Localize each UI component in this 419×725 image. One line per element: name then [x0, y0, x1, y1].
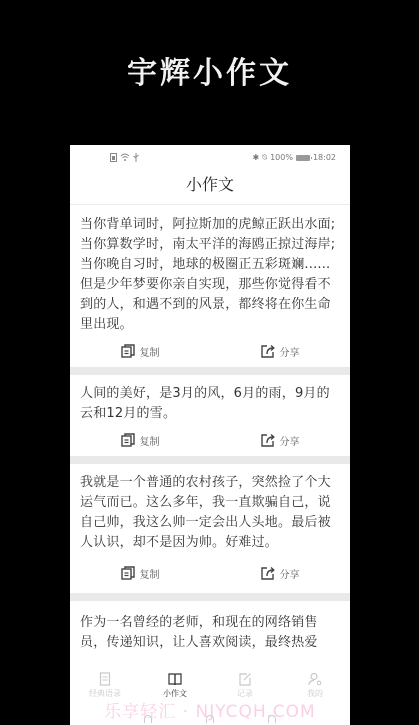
card-actions: 复制 分享: [70, 335, 350, 367]
share-button[interactable]: 分享: [210, 566, 350, 581]
copy-button[interactable]: 复制: [70, 344, 210, 359]
home-icon[interactable]: [206, 715, 214, 723]
sim-icon: [110, 153, 117, 165]
nav-item-profile[interactable]: 我的: [280, 665, 350, 705]
bluetooth-icon: ✱: [253, 153, 260, 163]
page-title: 小作文: [70, 167, 350, 205]
essay-feed[interactable]: 当你背单词时，阿拉斯加的虎鲸正跃出水面;当你算数学时，南太平洋的海鸥正掠过海岸;…: [70, 206, 350, 653]
nav-item-records[interactable]: 记录: [210, 665, 280, 705]
share-icon: [261, 566, 275, 580]
system-nav-bar: [70, 715, 350, 725]
essay-card: 作为一名曾经的老师，和现在的网络销售员，传递知识，让人喜欢阅读，最终热爱: [70, 601, 350, 653]
nav-label: 小作文: [163, 688, 187, 699]
battery-percent: 100%: [270, 153, 293, 163]
copy-icon: [121, 344, 135, 358]
essay-card: 人间的美好，是3月的风，6月的雨，9月的云和12月的雪。 复制 分享: [70, 375, 350, 456]
copy-icon: [121, 566, 135, 580]
bottom-nav: 经典语录 小作文 记录 我的: [70, 665, 350, 705]
edit-icon: [238, 672, 252, 686]
promo-title: 宇辉小作文: [0, 48, 419, 92]
usb-icon: [133, 153, 139, 165]
document-icon: [98, 672, 112, 686]
status-right: ✱ ⍉ 100% 18:02: [253, 153, 336, 163]
share-icon: [261, 433, 275, 447]
status-bar: ✱ ⍉ 100% 18:02: [70, 151, 350, 167]
card-actions: 复制 分享: [70, 424, 350, 456]
copy-icon: [121, 433, 135, 447]
nav-item-classic-quotes[interactable]: 经典语录: [70, 665, 140, 705]
user-icon: [308, 672, 322, 686]
nav-label: 经典语录: [89, 688, 121, 699]
share-label: 分享: [280, 344, 300, 359]
nav-item-essays[interactable]: 小作文: [140, 665, 210, 705]
card-divider: [70, 367, 350, 375]
copy-button[interactable]: 复制: [70, 566, 210, 581]
share-label: 分享: [280, 566, 300, 581]
essay-text: 当你背单词时，阿拉斯加的虎鲸正跃出水面;当你算数学时，南太平洋的海鸥正掠过海岸;…: [70, 206, 350, 335]
copy-label: 复制: [140, 344, 160, 359]
card-divider: [70, 456, 350, 464]
essay-card: 我就是一个普通的农村孩子，突然捡了个大运气而已。这么多年，我一直欺骗自己，说自己…: [70, 464, 350, 593]
copy-label: 复制: [140, 566, 160, 581]
clock: 18:02: [313, 153, 336, 163]
phone-screen: ✱ ⍉ 100% 18:02 小作文 当你背单词时，阿拉斯加的虎鲸正跃出水面;当…: [70, 145, 350, 725]
copy-button[interactable]: 复制: [70, 433, 210, 448]
essay-card: 当你背单词时，阿拉斯加的虎鲸正跃出水面;当你算数学时，南太平洋的海鸥正掠过海岸;…: [70, 206, 350, 367]
battery-icon: [296, 155, 310, 161]
status-left-icons: [110, 153, 139, 165]
back-icon[interactable]: [144, 715, 152, 723]
wifi-icon: [120, 153, 130, 165]
nav-label: 我的: [307, 688, 323, 699]
recents-icon[interactable]: [268, 715, 276, 723]
share-button[interactable]: 分享: [210, 433, 350, 448]
essay-text: 我就是一个普通的农村孩子，突然捡了个大运气而已。这么多年，我一直欺骗自己，说自己…: [70, 464, 350, 553]
nav-label: 记录: [237, 688, 253, 699]
essay-text: 人间的美好，是3月的风，6月的雨，9月的云和12月的雪。: [70, 375, 350, 424]
essay-text: 作为一名曾经的老师，和现在的网络销售员，传递知识，让人喜欢阅读，最终热爱: [70, 601, 350, 653]
share-label: 分享: [280, 433, 300, 448]
copy-label: 复制: [140, 433, 160, 448]
book-icon: [168, 672, 182, 686]
card-divider: [70, 593, 350, 601]
card-actions: 复制 分享: [70, 553, 350, 593]
share-icon: [261, 344, 275, 358]
mute-icon: ⍉: [262, 153, 267, 163]
share-button[interactable]: 分享: [210, 344, 350, 359]
